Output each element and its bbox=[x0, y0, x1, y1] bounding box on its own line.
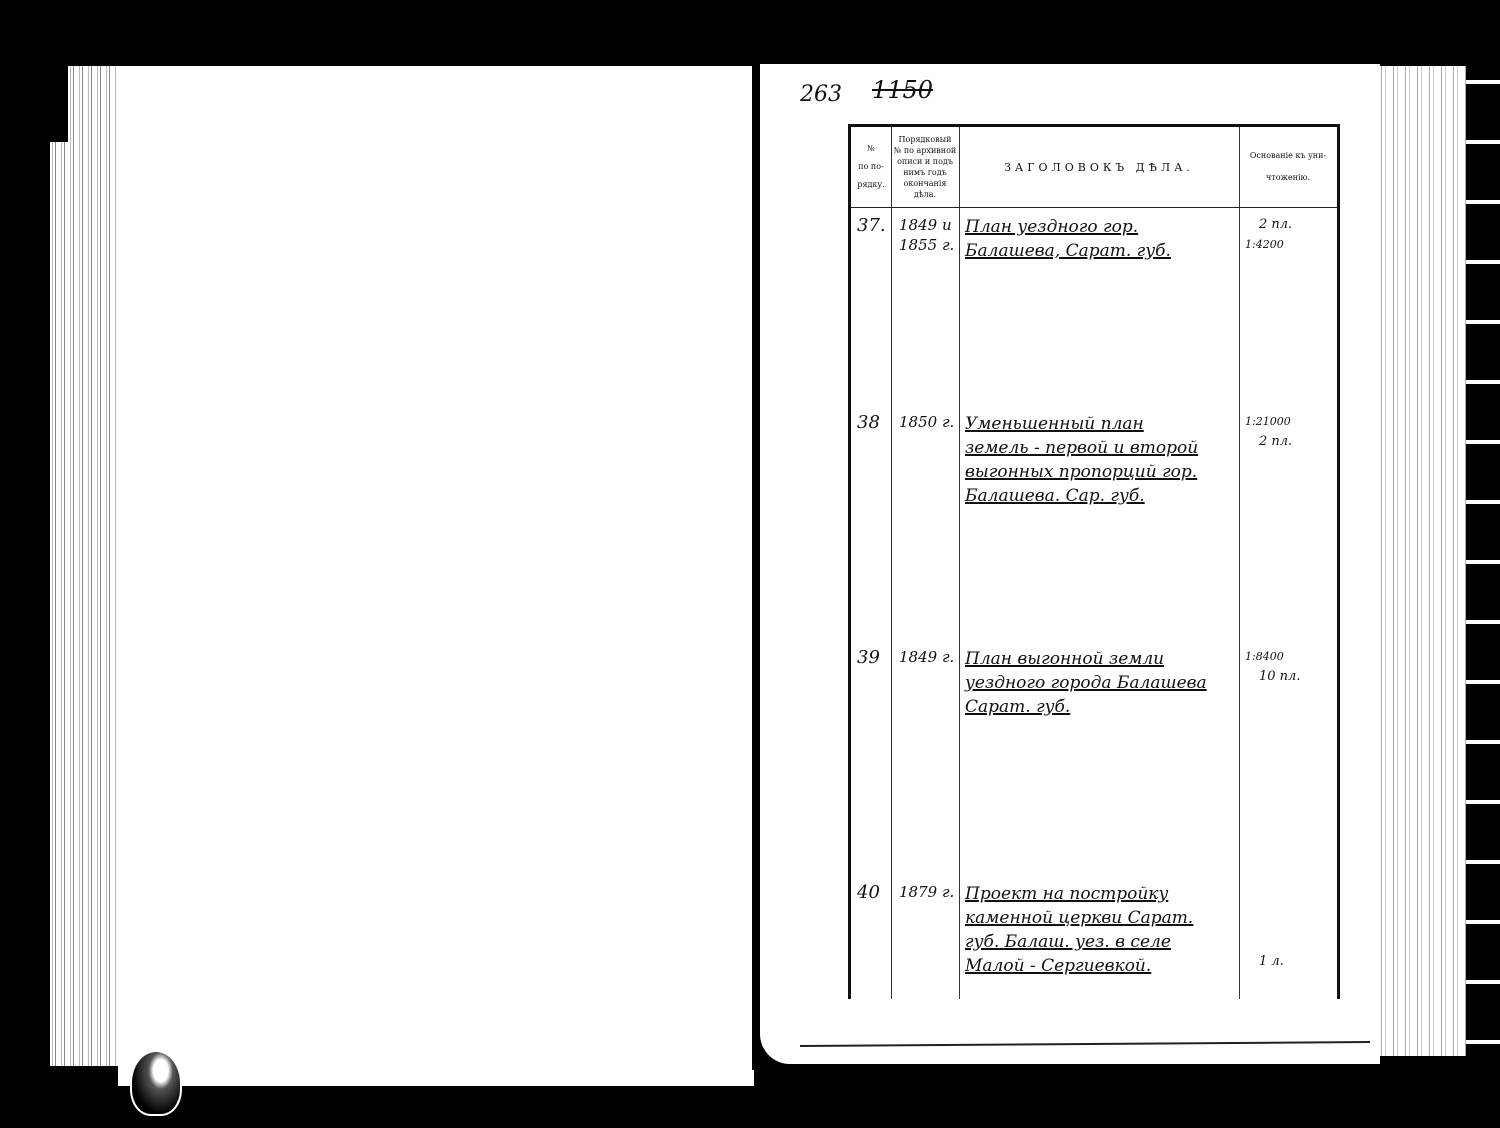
row-years: 1850 г. bbox=[899, 412, 954, 432]
row-number: 38 bbox=[857, 412, 880, 433]
header-archive-line: окончанія bbox=[904, 178, 947, 189]
row-basis: 1 л. bbox=[1245, 952, 1335, 972]
row-number: 37. bbox=[857, 215, 886, 236]
header-no-line: № bbox=[867, 140, 875, 158]
left-page-blank bbox=[118, 66, 754, 1086]
page-edges-right bbox=[1378, 66, 1468, 1056]
header-archive-line: нимъ годъ bbox=[903, 167, 947, 178]
row-basis: 1:840010 пл. bbox=[1245, 647, 1335, 687]
header-basis: Основаніе къ уни- чтоженію. bbox=[1239, 127, 1337, 207]
row-years: 1849 и1855 г. bbox=[899, 215, 954, 255]
row-number: 39 bbox=[857, 647, 880, 668]
row-years: 1879 г. bbox=[899, 882, 954, 902]
header-title: ЗАГОЛОВОКЪ ДѢЛА. bbox=[959, 127, 1239, 207]
row-basis: 2 пл.1:4200 bbox=[1245, 215, 1335, 255]
register-table: № по по- рядку. Порядковый № по архивной… bbox=[848, 124, 1340, 999]
header-archive-line: Порядковый bbox=[899, 134, 952, 145]
column-divider bbox=[891, 127, 892, 999]
thumb-holding-page bbox=[130, 1050, 182, 1116]
header-archive-line: № по архивной bbox=[894, 145, 957, 156]
header-no-line: рядку. bbox=[857, 176, 884, 194]
header-archive-line: описи и подъ bbox=[897, 156, 953, 167]
book-gutter bbox=[752, 60, 760, 1070]
folio-number-struck: 1150 bbox=[872, 76, 933, 104]
row-title: План выгонной землиуездного города Балаш… bbox=[965, 647, 1243, 719]
header-archive-line: дѣла. bbox=[914, 189, 936, 200]
header-no-line: по по- bbox=[858, 158, 884, 176]
bookmark-tab bbox=[38, 66, 68, 142]
row-title: План уездного гор.Балашева, Сарат. губ. bbox=[965, 215, 1243, 263]
book-cover-edge-right bbox=[1466, 50, 1500, 1090]
row-title: Уменьшенный планземель - первой и второй… bbox=[965, 412, 1243, 508]
row-years: 1849 г. bbox=[899, 647, 954, 667]
row-title: Проект на постройкукаменной церкви Сарат… bbox=[965, 882, 1243, 978]
row-basis: 1:210002 пл. bbox=[1245, 412, 1335, 452]
column-divider bbox=[959, 127, 960, 999]
page-edges-left bbox=[50, 66, 120, 1066]
folio-number: 263 bbox=[800, 82, 842, 107]
header-basis-line: чтоженію. bbox=[1266, 167, 1310, 189]
header-archive-no: Порядковый № по архивной описи и подъ ни… bbox=[891, 127, 959, 207]
table-header: № по по- рядку. Порядковый № по архивной… bbox=[851, 127, 1337, 208]
row-number: 40 bbox=[857, 882, 880, 903]
header-no: № по по- рядку. bbox=[851, 127, 891, 207]
header-basis-line: Основаніе къ уни- bbox=[1250, 145, 1326, 167]
